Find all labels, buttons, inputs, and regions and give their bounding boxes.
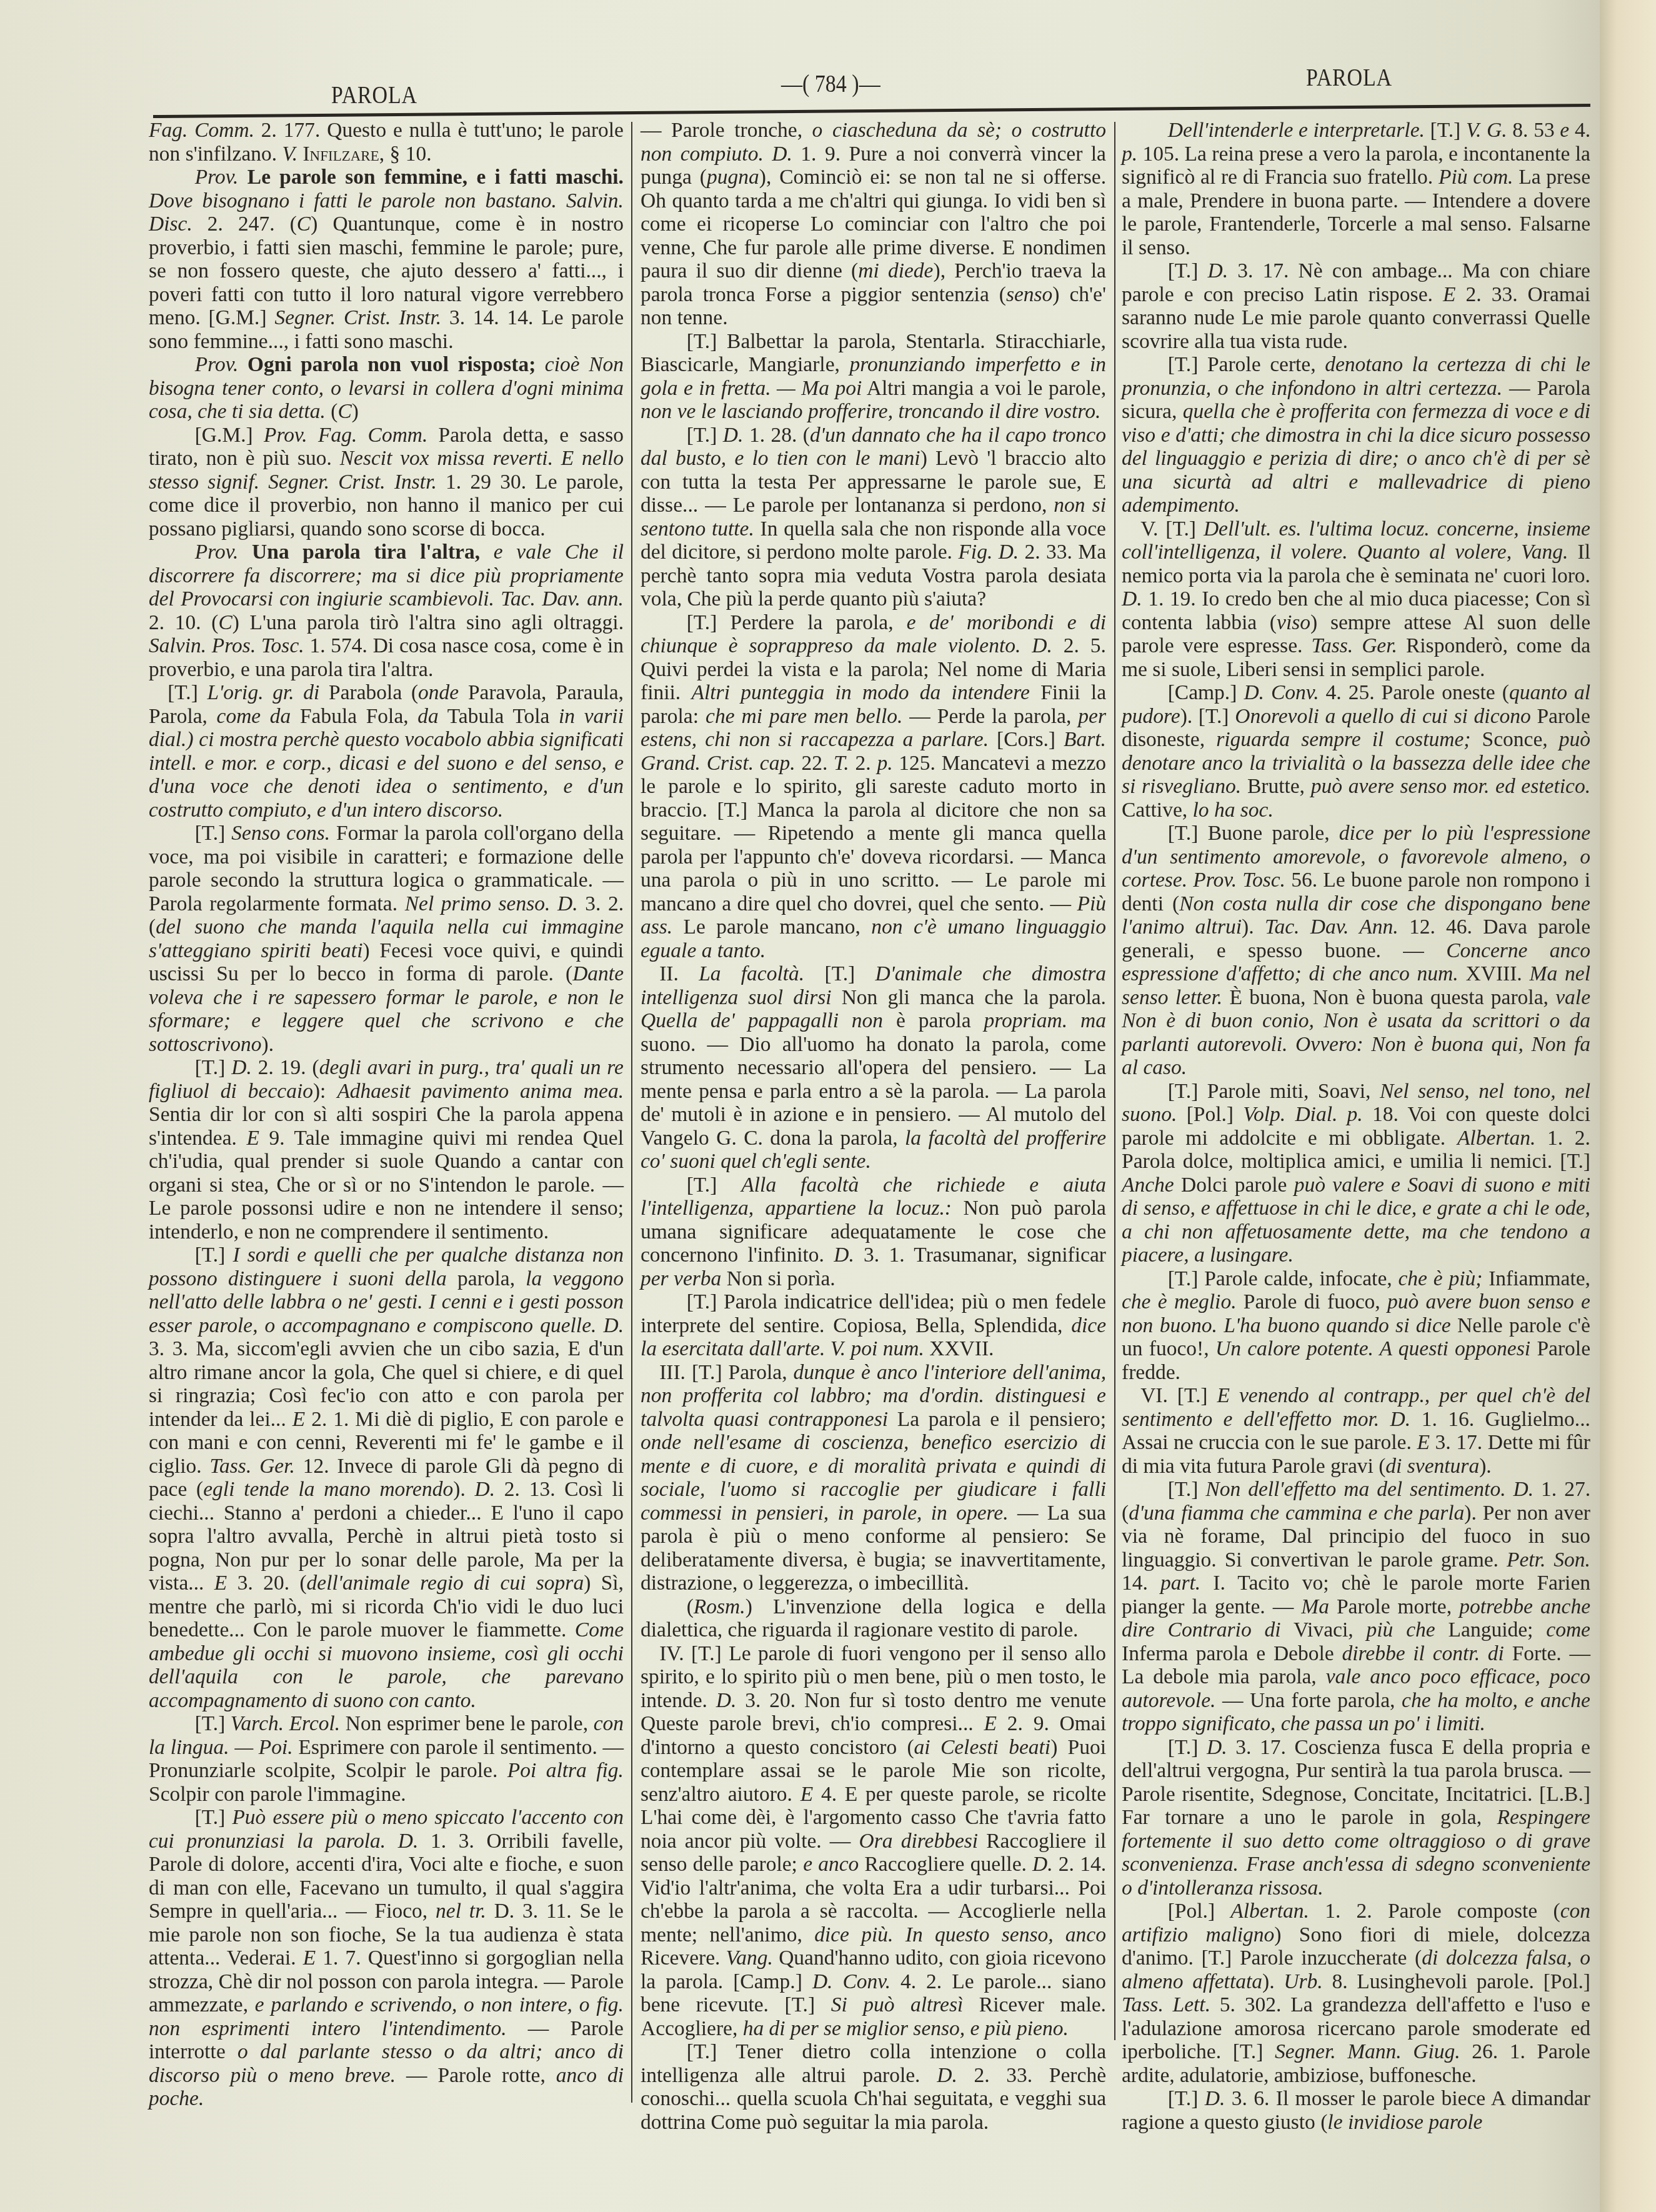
text-run: Più com. [1439,166,1513,189]
text-run: senso [1006,283,1052,306]
text-run: Segner. Mann. Giug. [1275,2040,1460,2063]
text-run: Altri mangia a voi le parole, [862,377,1106,400]
running-head-left: PAROLA [331,80,417,109]
dictionary-paragraph: Dell'intenderle e interpretarle. [T.] V.… [1122,119,1590,259]
text-run: [T.] [1168,1478,1206,1501]
text-run: [T.] [1168,2087,1205,2110]
text-run: Ricevere. [641,1946,726,1970]
text-run: Non gli manca che la parola. [832,986,1106,1009]
text-run: E [1443,283,1455,306]
text-run: V. [282,142,298,166]
text-run: [T.] Parole calde, infocate, [1168,1267,1399,1290]
text-run: lo ha soc. [1193,799,1274,822]
text-run: [G.M.] [195,424,264,447]
text-run: ( [687,1595,694,1618]
text-run: Albertan. [1457,1127,1536,1150]
text-run: [Camp.] [1168,681,1244,704]
text-run: D. [1207,1736,1227,1759]
text-run: ). [1262,1970,1284,1993]
dictionary-paragraph: [Camp.] D. Conv. 4. 25. Parole oneste (q… [1122,681,1590,822]
text-run: per verba [641,1267,721,1290]
dictionary-paragraph: II. La facoltà. [T.] D'animale che dimos… [641,962,1106,1173]
text-run: 4. 25. Parole oneste ( [1319,681,1509,704]
text-run: Tass. Ger. [1311,634,1397,657]
text-run: 3. 1. Trasumanar, significar [854,1243,1106,1267]
dictionary-paragraph: [T.] Senso cons. Formar la parola coll'o… [149,822,624,1056]
text-run: 2. 19. ( [252,1056,319,1079]
text-run: Ma [1301,1595,1329,1618]
text-run: III. [T.] Parola, [659,1361,793,1384]
column-middle: — Parole tronche, o ciascheduna da sè; o… [641,119,1106,2134]
text-run: Poi altra fig. [507,1759,624,1782]
text-run: [Cors.] [989,728,1064,751]
text-run: ). [453,1478,474,1501]
text-run: [T.] Perdere la parola, [687,611,907,634]
dictionary-paragraph: [T.] D. 2. 19. (degli avari in purg., tr… [149,1056,624,1243]
text-run: 2. [849,752,877,775]
text-run: ( [326,400,338,423]
text-run: E [303,1946,316,1970]
text-run: C [337,400,351,423]
text-run: [T.] [167,681,207,704]
text-run: Adhaesit pavimento anima mea. [337,1080,624,1103]
text-run: 2. 247. ( [192,212,297,236]
text-run: E [1417,1431,1429,1454]
dictionary-paragraph: [T.] Perdere la parola, e de' moribondi … [641,611,1106,963]
text-run: riguarda sempre il costume; [1216,728,1470,751]
text-run: XVIII. [1459,962,1530,985]
text-run: mi diede [858,259,933,282]
text-run: E [801,1783,813,1806]
text-run: [T.] Parole certe, [1168,353,1325,376]
text-run: D. [1208,259,1229,282]
text-run: D. [1122,587,1142,610]
text-run: [T.] Parole miti, Soavi, [1168,1080,1380,1103]
text-run: V. [T.] [1140,517,1204,541]
text-run: C [218,611,232,634]
dictionary-paragraph: Prov. Una parola tira l'altra, e vale Ch… [149,541,624,681]
text-run: p. [1122,142,1137,166]
text-run: Tabula Tola [439,705,559,728]
text-run: D. [1032,1853,1053,1876]
text-run: — Parole tronche, [641,119,812,142]
text-run: ai Celesti beati [914,1736,1051,1759]
text-run: Parole di fuoco, [1237,1290,1388,1313]
text-run: Fig. D. [958,541,1019,564]
text-run: Tass. Ger. [210,1455,295,1478]
text-run: Infilzare [297,142,379,166]
text-run: Si può altresì [831,1993,964,2016]
text-run: Languide; [1435,1618,1547,1642]
text-run: non ve le lasciando profferire, troncand… [641,400,1100,423]
dictionary-paragraph: [T.] I sordi e quelli che per qualche di… [149,1243,624,1712]
dictionary-paragraph: [T.] Parola indicatrice dell'idea; più o… [641,1290,1106,1361]
book-binding-edge [1600,0,1656,2212]
text-run: VI. [T.] [1140,1384,1217,1407]
text-run: Le parole son femmine, e i fatti maschi. [238,166,624,189]
text-run: più che [1366,1618,1435,1642]
dictionary-paragraph: V. [T.] Dell'ult. es. l'ultima locuz. co… [1122,517,1590,682]
text-run: 8. Lusinghevoli parole. [Pol.] [1323,1970,1590,1993]
text-run: D. [937,2064,957,2087]
dictionary-paragraph: IV. [T.] Le parole di fuori vengono per … [641,1642,1106,2041]
dictionary-paragraph: III. [T.] Parola, dunque è anco l'interi… [641,1361,1106,1595]
text-run: Salvin. Pros. Tosc. [149,634,304,657]
text-run: Vang. [726,1946,773,1970]
text-run: pugna [707,166,759,189]
text-run: 1. 2. Parole composte ( [1309,1900,1560,1923]
text-run: D. Conv. [812,1970,890,1993]
text-run: propriam. ma [984,1009,1106,1032]
text-run: Vivaci, [1281,1618,1367,1642]
text-run: La parola e il pensiero; [888,1408,1106,1431]
text-run: Dolci parole [1174,1173,1294,1197]
text-run: che è meglio. [1122,1290,1237,1313]
text-run: Volp. Dial. p. [1243,1103,1362,1126]
text-run: Petr. Son. [1507,1548,1590,1572]
text-run: Una parola tira l'altra, [238,541,480,564]
text-run: Urb. [1284,1970,1322,1993]
text-run: Infiammate, [1482,1267,1590,1290]
text-run: C [297,212,311,236]
text-run: Albertan. [1230,1900,1309,1923]
dictionary-paragraph: [T.] Parole calde, infocate, che è più; … [1122,1267,1590,1385]
text-run: ha di per se miglior senso, e più pieno. [743,2017,1069,2040]
dictionary-paragraph: Fag. Comm. 2. 177. Questo e nulla è tutt… [149,119,624,166]
text-run: [T.] [195,1806,232,1829]
text-run: ). [1479,1455,1492,1478]
text-run: Rosm. [694,1595,746,1618]
text-run: D. [1205,2087,1225,2110]
text-run: [T.] [195,1712,231,1735]
text-run: ). [T.] [1180,705,1235,728]
text-run: Le parole mancano, [672,915,871,939]
dictionary-paragraph: [G.M.] Prov. Fag. Comm. Parola detta, e … [149,424,624,541]
text-run: che mi pare men bello. [706,705,902,728]
dictionary-paragraph: [Pol.] Albertan. 1. 2. Parole composte (… [1122,1900,1590,2087]
text-run: egli tende la mano morendo [203,1478,453,1501]
text-run: dell'animale regio di cui sopra [307,1572,584,1595]
text-run: Ora direbbesi [859,1830,979,1853]
dictionary-paragraph: — Parole tronche, o ciascheduna da sè; o… [641,119,1106,330]
text-run: le invidiose parole [1327,2111,1482,2134]
text-run: V. G. [1466,119,1507,142]
text-run: T. [834,752,849,775]
text-run: — Una forte parola, [1215,1689,1402,1712]
text-run: [T.] Buone parole, [1168,822,1339,845]
text-run: quella che è profferita con fermezza di … [1122,400,1590,517]
text-run: Sconce, [1470,728,1559,751]
dictionary-paragraph: [T.] D. 3. 6. Il mosser le parole biece … [1122,2087,1590,2134]
dictionary-paragraph: [T.] Non dell'effetto ma del sentimento.… [1122,1478,1590,1736]
text-run: D. [716,1689,737,1712]
text-run: Fabula Fola, [291,705,417,728]
text-run: ) [352,400,359,423]
text-run: — Perde la parola, [902,705,1078,728]
text-run: D. Conv. [1244,681,1319,704]
text-run: E [214,1572,227,1595]
text-run: è parola [883,1009,984,1032]
text-run: come [1546,1618,1590,1642]
text-run: ): [313,1080,337,1103]
text-run: E [246,1127,259,1150]
text-run: Prov. [195,541,239,564]
dictionary-paragraph: VI. [T.] E venendo al contrapp., per que… [1122,1384,1590,1478]
text-run: Brutte, [1241,775,1311,798]
text-run: Parabola ( [319,681,418,704]
dictionary-paragraph: [T.] Buone parole, dice per lo più l'esp… [1122,822,1590,1080]
text-run: Raccogliere quelle. [859,1853,1032,1876]
text-run: 4. [1569,119,1590,142]
text-run: 3. 20. ( [227,1572,306,1595]
text-run: D. [475,1478,496,1501]
text-run: E [984,1712,996,1735]
text-run: Dell'intenderle e interpretarle. [1168,119,1425,142]
page-number: —( 784 )— [781,69,880,98]
text-run: ). [262,1033,274,1056]
text-run: [T.] [687,424,723,447]
column-right: Dell'intenderle e interpretarle. [T.] V.… [1122,119,1590,2134]
text-run: 1. 28. ( [743,424,810,447]
text-run: [T.] [195,822,232,845]
dictionary-paragraph: Prov. Ogni parola non vuol risposta; cio… [149,353,624,424]
text-run: come da [217,705,291,728]
text-run: part. [1160,1572,1200,1595]
text-run: e [1560,119,1569,142]
text-run: [T.] [1168,259,1208,282]
text-run: Prov. [195,353,239,376]
text-run: p. [877,752,892,775]
text-run: [T.] [1425,119,1466,142]
text-run: [T.] Parola indicatrice dell'idea; più o… [641,1290,1106,1337]
text-run: L'orig. gr. di [207,681,320,704]
text-run: ) L'una parola tirò l'altra sino agli ol… [232,611,624,634]
text-run: — Parole rotte, [396,2064,556,2087]
dictionary-page: PAROLA —( 784 )— PAROLA Fag. Comm. 2. 17… [0,0,1600,2212]
running-head-right: PAROLA [1306,62,1392,92]
dictionary-paragraph: [T.] Parole certe, denotano la certezza … [1122,353,1590,517]
column-divider [631,122,632,2103]
text-run: 14. [1122,1572,1160,1595]
text-run: Onorevoli a quello di cui si dicono [1235,705,1531,728]
text-run: [T.] [687,1173,742,1197]
text-run: 8. 53 [1507,119,1560,142]
text-run: , § 10. [379,142,432,166]
text-run: di sventura [1385,1455,1479,1478]
text-run: parola, [447,1267,526,1290]
text-run: da [417,705,439,728]
dictionary-paragraph: [T.] Balbettar la parola, Stentarla. Sti… [641,330,1106,424]
text-run: dice più. In questo senso, anco [814,1923,1106,1946]
text-run: può avere senso mor. ed estetico. [1311,775,1590,798]
dictionary-paragraph: [T.] D. 1. 28. (d'un dannato che ha il c… [641,424,1106,611]
text-run: D. [834,1243,854,1267]
text-run: Cattive, [1122,799,1193,822]
text-run: Ogni parola non vuol risposta; [238,353,536,376]
dictionary-paragraph: [T.] Alla facoltà che richiede e aiuta l… [641,1173,1106,1291]
text-run: Nel primo senso. D. [405,892,578,915]
text-run: che è più; [1398,1267,1482,1290]
text-run: Non si porìa. [721,1267,835,1290]
text-run: direbbe il contr. di [1342,1642,1504,1665]
text-run: D. [231,1056,252,1079]
dictionary-paragraph: (Rosm.) L'invenzione della logica e dell… [641,1595,1106,1642]
column-left: Fag. Comm. 2. 177. Questo e nulla è tutt… [149,119,624,2111]
text-run: Fag. Comm. [149,119,254,142]
text-run: E [292,1408,305,1431]
text-run: 2. 10. ( [149,611,218,634]
text-run: Prov. [195,166,239,189]
text-run: Non dell'effetto ma del sentimento. D. [1205,1478,1534,1501]
dictionary-paragraph: [T.] Tener dietro colla intenzione o col… [641,2040,1106,2134]
text-run: La facoltà. [699,962,804,985]
text-run: Scolpir con parole l'immagine. [149,1783,406,1806]
text-run: Anche [1122,1173,1174,1197]
dictionary-paragraph: [T.] Può essere più o meno spiccato l'ac… [149,1806,624,2111]
text-run: [T.] [195,1243,233,1267]
text-run: viso [1277,611,1310,634]
text-run: Altri punteggia in modo da intendere [692,681,1030,704]
text-run: [Pol.] [1177,1103,1243,1126]
text-run: È buona, Non è buona questa parola, [1222,986,1555,1009]
dictionary-paragraph: Prov. Le parole son femmine, e i fatti m… [149,166,624,353]
text-run: 22. [796,752,834,775]
text-run: Un calore potente. A questi opponesi [1215,1337,1530,1360]
dictionary-paragraph: [T.] L'orig. gr. di Parabola (onde Parav… [149,681,624,822]
dictionary-paragraph: [T.] Varch. Ercol. Non esprimer bene le … [149,1712,624,1806]
text-run: Varch. Ercol. [231,1712,340,1735]
text-run: onde [418,681,459,704]
column-divider [1114,122,1115,2040]
text-run: nel tr. [436,1900,486,1923]
dictionary-paragraph: [T.] D. 3. 17. Nè con ambage... Ma con c… [1122,259,1590,353]
text-run: [T.] [1168,1736,1207,1759]
text-run: Inferma parola e Debole [1122,1642,1342,1665]
text-run: II. [659,962,699,985]
dictionary-paragraph: [T.] D. 3. 17. Coscienza fusca E della p… [1122,1736,1590,1900]
text-run: Tass. Lett. [1122,1993,1210,2016]
text-run: XXVII. [924,1337,994,1360]
text-run: Parole morte, [1329,1595,1459,1618]
text-run: Senso cons. [231,822,330,845]
text-run: [T.] [195,1056,232,1079]
text-run: d'una fiamma che cammina e che parla [1129,1502,1464,1525]
text-run: Tac. Dav. Ann. [1265,915,1399,939]
text-run: Non esprimer bene le parole, [340,1712,593,1735]
text-run: [T.] [804,962,875,985]
text-run: Prov. Fag. Comm. [264,424,427,447]
dictionary-paragraph: [T.] Parole miti, Soavi, Nel senso, nel … [1122,1080,1590,1267]
text-run: 125. Mancatevi a mezzo le parole e lo sp… [641,752,1106,915]
text-run: ). [1242,915,1265,939]
text-run: D. [723,424,744,447]
text-run: [Pol.] [1168,1900,1231,1923]
text-run: Quella de' pappagalli non [641,1009,883,1032]
text-run: e anco [803,1853,859,1876]
text-run: Segner. Crist. Instr. [274,306,441,329]
